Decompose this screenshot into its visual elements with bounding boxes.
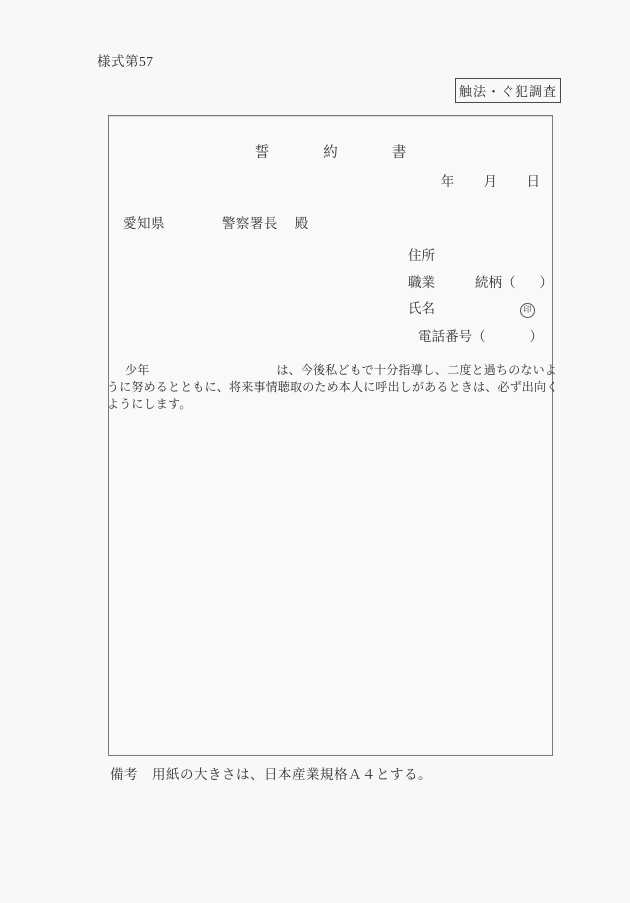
day-label: 日 <box>527 174 541 189</box>
phone-field-row: 電話番号（） <box>418 325 543 345</box>
seal-mark-icon: 印 <box>520 303 535 318</box>
subject-label: 少年 <box>125 363 149 377</box>
pledge-form-box: 誓 約 書 年 月 日 愛知県 警察署長 殿 住所 職業続柄（） 氏名印 電話番… <box>108 115 553 756</box>
form-number: 様式第57 <box>97 50 154 70</box>
pledge-line-2: うに努めるとともに、将来事情聴取のため本人に呼出しがあるときは、必ず出向く <box>107 379 557 396</box>
address-label: 住所 <box>408 248 435 263</box>
occupation-field-row: 職業続柄（） <box>408 271 553 291</box>
name-label: 氏名 <box>408 301 435 316</box>
pledge-paragraph: 少年は、今後私どもで十分指導し、二度と過ちのないよ うに努めるとともに、将来事情… <box>107 362 557 413</box>
paren-open: （ <box>472 329 486 344</box>
relationship-label: 続柄 <box>475 275 502 290</box>
document-page: 様式第57 触法・ぐ犯調査 誓 約 書 年 月 日 愛知県 警察署長 殿 住所 … <box>0 0 630 903</box>
remarks-text: 用紙の大きさは、日本産業規格Ａ４とする。 <box>152 767 432 782</box>
title-char: 書 <box>392 141 407 162</box>
paren-close: ） <box>530 329 544 344</box>
seal-char: 印 <box>524 306 532 314</box>
paren-open: （ <box>502 275 516 290</box>
honorific-label: 殿 <box>295 216 309 231</box>
date-line: 年 月 日 <box>441 170 540 190</box>
pledge-line-3: ようにします。 <box>107 396 557 413</box>
year-label: 年 <box>441 174 455 189</box>
name-field-row: 氏名印 <box>408 297 540 318</box>
occupation-label: 職業 <box>408 275 435 290</box>
title-char: 誓 <box>255 141 270 162</box>
pledge-text: は、今後私どもで十分指導し、二度と過ちのないよ <box>276 363 557 377</box>
remarks-label: 備考 <box>110 767 138 782</box>
category-label: 触法・ぐ犯調査 <box>459 81 557 100</box>
address-field-row: 住所 <box>408 244 435 264</box>
pledge-line-1: 少年は、今後私どもで十分指導し、二度と過ちのないよ <box>107 362 557 379</box>
remarks-line: 備考用紙の大きさは、日本産業規格Ａ４とする。 <box>110 763 432 783</box>
category-label-box: 触法・ぐ犯調査 <box>455 78 561 103</box>
document-title: 誓 約 書 <box>109 141 552 162</box>
prefecture-label: 愛知県 <box>123 216 165 231</box>
paren-close: ） <box>540 275 554 290</box>
phone-label: 電話番号 <box>418 329 472 344</box>
police-station-chief-label: 警察署長 <box>222 216 278 231</box>
title-char: 約 <box>323 141 338 162</box>
addressee-line: 愛知県 警察署長 殿 <box>123 212 309 232</box>
month-label: 月 <box>484 174 498 189</box>
